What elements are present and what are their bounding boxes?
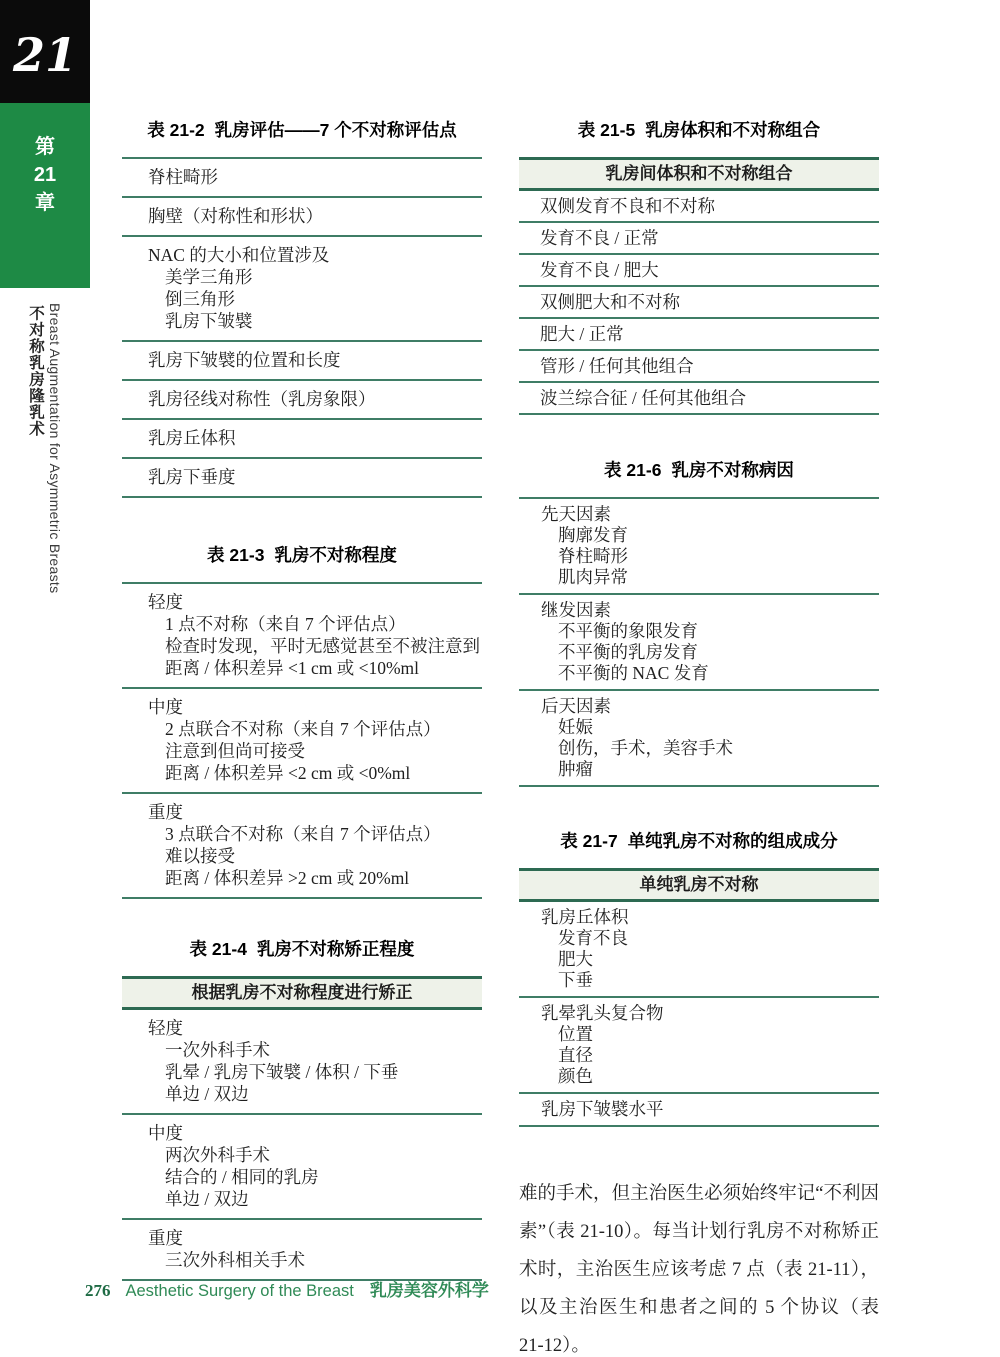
chapter-label-line: 21	[34, 161, 56, 189]
table-row: NAC 的大小和位置涉及美学三角形倒三角形乳房下皱襞	[122, 237, 482, 342]
table-row-line: 乳房丘体积	[148, 427, 482, 449]
table-row-line: 发育不良 / 正常	[540, 227, 879, 249]
table-label: 表 21-2	[147, 120, 204, 140]
table-row-line: 波兰综合征 / 任何其他组合	[540, 387, 879, 409]
table-21-2: 表 21-2乳房评估——7 个不对称评估点 脊柱畸形胸壁（对称性和形状）NAC …	[122, 118, 482, 498]
table-row: 中度2 点联合不对称（来自 7 个评估点）注意到但尚可接受距离 / 体积差异 <…	[122, 689, 482, 794]
table-row: 后天因素妊娠创伤，手术，美容手术肿瘤	[519, 691, 879, 787]
table-row: 发育不良 / 肥大	[519, 255, 879, 287]
table-row: 波兰综合征 / 任何其他组合	[519, 383, 879, 415]
table-row: 中度两次外科手术结合的 / 相同的乳房单边 / 双边	[122, 1115, 482, 1220]
table-21-2-body: 脊柱畸形胸壁（对称性和形状）NAC 的大小和位置涉及美学三角形倒三角形乳房下皱襞…	[122, 157, 482, 498]
table-row: 脊柱畸形	[122, 159, 482, 198]
table-21-5: 表 21-5乳房体积和不对称组合 乳房间体积和不对称组合 双侧发育不良和不对称发…	[519, 118, 879, 415]
table-row-line: 发育不良	[541, 928, 879, 949]
table-row-line: 肿瘤	[541, 759, 879, 780]
table-row-line: 发育不良 / 肥大	[540, 259, 879, 281]
table-row-line: 乳晕 / 乳房下皱襞 / 体积 / 下垂	[148, 1061, 482, 1083]
table-name: 乳房体积和不对称组合	[645, 120, 820, 140]
table-row: 乳房下皱襞水平	[519, 1094, 879, 1127]
table-21-7-title: 表 21-7单纯乳房不对称的组成成分	[519, 829, 879, 853]
table-row: 乳房下皱襞的位置和长度	[122, 342, 482, 381]
chapter-number-box: 21	[0, 0, 90, 103]
table-row-line: 不平衡的乳房发育	[541, 642, 879, 663]
table-row-line: 结合的 / 相同的乳房	[148, 1166, 482, 1188]
table-21-4-header-band: 根据乳房不对称程度进行矫正	[122, 976, 482, 1010]
table-row-line: 3 点联合不对称（来自 7 个评估点）	[148, 823, 482, 845]
table-row-line: 胸廓发育	[541, 525, 879, 546]
table-label: 表 21-5	[578, 120, 635, 140]
table-21-4-body: 轻度一次外科手术乳晕 / 乳房下皱襞 / 体积 / 下垂单边 / 双边中度两次外…	[122, 1010, 482, 1281]
table-row-line: 轻度	[148, 591, 482, 613]
table-21-5-header-band: 乳房间体积和不对称组合	[519, 157, 879, 191]
table-row-line: 乳房丘体积	[541, 907, 879, 928]
table-row-line: 乳晕乳头复合物	[541, 1003, 879, 1024]
table-row-line: 后天因素	[541, 696, 879, 717]
table-row-line: 管形 / 任何其他组合	[540, 355, 879, 377]
table-row-line: 1 点不对称（来自 7 个评估点）	[148, 613, 482, 635]
book-page: 21 第21章 不对称乳房隆乳术 Breast Augmentation for…	[0, 0, 1000, 1357]
table-row-line: 乳房下皱襞的位置和长度	[148, 349, 482, 371]
table-21-3-body: 轻度1 点不对称（来自 7 个评估点）检查时发现，平时无感觉甚至不被注意到距离 …	[122, 582, 482, 899]
table-21-7-body: 乳房丘体积发育不良肥大下垂乳晕乳头复合物位置直径颜色乳房下皱襞水平	[519, 902, 879, 1127]
right-column: 表 21-5乳房体积和不对称组合 乳房间体积和不对称组合 双侧发育不良和不对称发…	[519, 0, 879, 1357]
table-row-line: 距离 / 体积差异 >2 cm 或 20%ml	[148, 867, 482, 889]
table-row: 发育不良 / 正常	[519, 223, 879, 255]
table-row-line: 位置	[541, 1024, 879, 1045]
table-row-line: 轻度	[148, 1017, 482, 1039]
table-row-line: 肥大	[541, 949, 879, 970]
table-row-line: 重度	[148, 1227, 482, 1249]
table-row-line: 单边 / 双边	[148, 1083, 482, 1105]
table-row: 先天因素胸廓发育脊柱畸形肌肉异常	[519, 499, 879, 595]
table-name: 乳房不对称病因	[671, 460, 794, 480]
table-row: 双侧发育不良和不对称	[519, 191, 879, 223]
table-row-line: 倒三角形	[148, 288, 482, 310]
page-footer: 276 Aesthetic Surgery of the Breast 乳房美容…	[85, 1281, 489, 1301]
table-label: 表 21-3	[207, 545, 264, 565]
table-row: 乳房下垂度	[122, 459, 482, 498]
table-row-line: 脊柱畸形	[148, 166, 482, 188]
table-row: 轻度一次外科手术乳晕 / 乳房下皱襞 / 体积 / 下垂单边 / 双边	[122, 1010, 482, 1115]
table-row: 继发因素不平衡的象限发育不平衡的乳房发育不平衡的 NAC 发育	[519, 595, 879, 691]
table-row-line: 注意到但尚可接受	[148, 740, 482, 762]
chapter-number: 21	[13, 26, 77, 78]
table-row-line: 乳房径线对称性（乳房象限）	[148, 388, 482, 410]
page-number: 276	[85, 1281, 111, 1301]
chapter-title-cn-vertical: 不对称乳房隆乳术	[26, 305, 45, 437]
table-row-line: 美学三角形	[148, 266, 482, 288]
table-row-line: 胸壁（对称性和形状）	[148, 205, 482, 227]
table-row: 双侧肥大和不对称	[519, 287, 879, 319]
table-row-line: 距离 / 体积差异 <2 cm 或 <0%ml	[148, 762, 482, 784]
table-row-line: 单边 / 双边	[148, 1188, 482, 1210]
table-row: 轻度1 点不对称（来自 7 个评估点）检查时发现，平时无感觉甚至不被注意到距离 …	[122, 584, 482, 689]
table-row: 管形 / 任何其他组合	[519, 351, 879, 383]
table-21-3-title: 表 21-3乳房不对称程度	[122, 543, 482, 567]
table-row-line: 不平衡的 NAC 发育	[541, 663, 879, 684]
table-21-6: 表 21-6乳房不对称病因 先天因素胸廓发育脊柱畸形肌肉异常继发因素不平衡的象限…	[519, 458, 879, 787]
table-21-3: 表 21-3乳房不对称程度 轻度1 点不对称（来自 7 个评估点）检查时发现，平…	[122, 543, 482, 899]
table-row: 乳晕乳头复合物位置直径颜色	[519, 998, 879, 1094]
chapter-title-en-vertical: Breast Augmentation for Asymmetric Breas…	[47, 303, 63, 593]
table-row-line: 妊娠	[541, 717, 879, 738]
chapter-label-line: 章	[35, 189, 55, 217]
table-row-line: 乳房下皱襞水平	[541, 1099, 879, 1120]
table-row-line: 双侧肥大和不对称	[540, 291, 879, 313]
book-title-en: Aesthetic Surgery of the Breast	[126, 1281, 354, 1301]
body-paragraph: 难的手术，但主治医生必须始终牢记“不利因素”（表 21-10）。每当计划行乳房不…	[519, 1175, 879, 1357]
table-21-5-title: 表 21-5乳房体积和不对称组合	[519, 118, 879, 142]
table-row: 乳房丘体积发育不良肥大下垂	[519, 902, 879, 998]
table-row-line: 中度	[148, 696, 482, 718]
table-row-line: 不平衡的象限发育	[541, 621, 879, 642]
table-row-line: 创伤，手术，美容手术	[541, 738, 879, 759]
table-name: 乳房不对称矫正程度	[257, 939, 415, 959]
table-row-line: 直径	[541, 1045, 879, 1066]
table-row-line: 颜色	[541, 1066, 879, 1087]
table-row-line: 乳房下皱襞	[148, 310, 482, 332]
table-row-line: 一次外科手术	[148, 1039, 482, 1061]
chapter-tab: 第21章	[0, 103, 90, 288]
table-row-line: 距离 / 体积差异 <1 cm 或 <10%ml	[148, 657, 482, 679]
table-row-line: 中度	[148, 1122, 482, 1144]
table-name: 乳房评估——7 个不对称评估点	[215, 120, 457, 140]
table-row-line: 下垂	[541, 970, 879, 991]
left-column: 表 21-2乳房评估——7 个不对称评估点 脊柱畸形胸壁（对称性和形状）NAC …	[122, 0, 482, 1281]
table-row-line: 三次外科相关手术	[148, 1249, 482, 1271]
table-row: 乳房丘体积	[122, 420, 482, 459]
table-label: 表 21-6	[604, 460, 661, 480]
table-row-line: NAC 的大小和位置涉及	[148, 244, 482, 266]
table-21-6-body: 先天因素胸廓发育脊柱畸形肌肉异常继发因素不平衡的象限发育不平衡的乳房发育不平衡的…	[519, 497, 879, 787]
table-21-7-header-band: 单纯乳房不对称	[519, 868, 879, 902]
table-row-line: 肥大 / 正常	[540, 323, 879, 345]
book-title-cn: 乳房美容外科学	[370, 1281, 489, 1301]
table-row-line: 两次外科手术	[148, 1144, 482, 1166]
chapter-label-line: 第	[35, 133, 55, 161]
table-row: 重度三次外科相关手术	[122, 1220, 482, 1281]
table-row-line: 重度	[148, 801, 482, 823]
table-name: 单纯乳房不对称的组成成分	[628, 831, 838, 851]
table-21-2-title: 表 21-2乳房评估——7 个不对称评估点	[122, 118, 482, 142]
table-label: 表 21-7	[560, 831, 617, 851]
table-21-6-title: 表 21-6乳房不对称病因	[519, 458, 879, 482]
table-row-line: 先天因素	[541, 504, 879, 525]
table-row-line: 乳房下垂度	[148, 466, 482, 488]
table-21-4-title: 表 21-4乳房不对称矫正程度	[122, 937, 482, 961]
table-row-line: 继发因素	[541, 600, 879, 621]
table-21-7: 表 21-7单纯乳房不对称的组成成分 单纯乳房不对称 乳房丘体积发育不良肥大下垂…	[519, 829, 879, 1127]
table-row-line: 检查时发现，平时无感觉甚至不被注意到	[148, 635, 482, 657]
table-row: 肥大 / 正常	[519, 319, 879, 351]
table-row-line: 2 点联合不对称（来自 7 个评估点）	[148, 718, 482, 740]
table-name: 乳房不对称程度	[274, 545, 397, 565]
table-row: 乳房径线对称性（乳房象限）	[122, 381, 482, 420]
table-row-line: 肌肉异常	[541, 567, 879, 588]
table-label: 表 21-4	[190, 939, 247, 959]
table-21-4: 表 21-4乳房不对称矫正程度 根据乳房不对称程度进行矫正 轻度一次外科手术乳晕…	[122, 937, 482, 1281]
table-row: 胸壁（对称性和形状）	[122, 198, 482, 237]
table-row-line: 脊柱畸形	[541, 546, 879, 567]
table-21-5-body: 双侧发育不良和不对称发育不良 / 正常发育不良 / 肥大双侧肥大和不对称肥大 /…	[519, 191, 879, 415]
table-row-line: 难以接受	[148, 845, 482, 867]
table-row-line: 双侧发育不良和不对称	[540, 195, 879, 217]
table-row: 重度3 点联合不对称（来自 7 个评估点）难以接受距离 / 体积差异 >2 cm…	[122, 794, 482, 899]
